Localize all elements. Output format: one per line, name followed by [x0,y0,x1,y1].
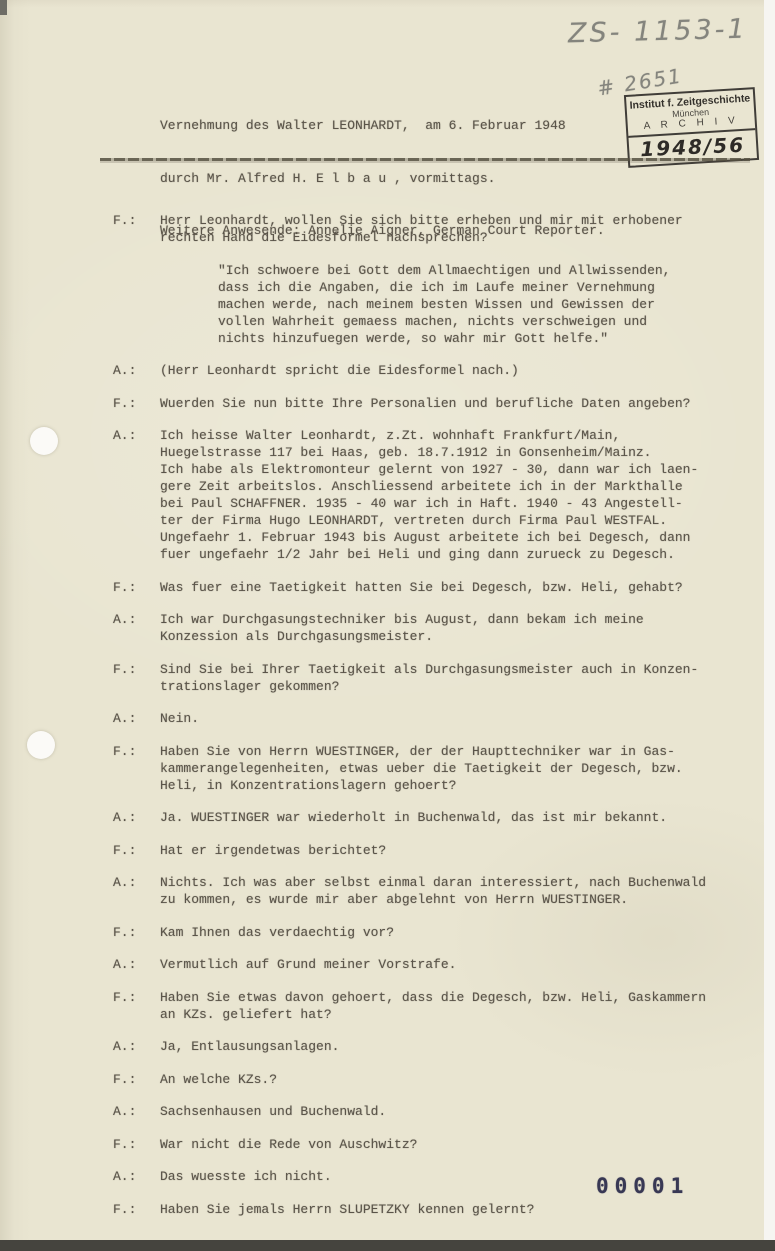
header-rule [100,158,750,161]
speaker-label: A.: [113,611,160,645]
question-block: F.:Haben Sie von Herrn WUESTINGER, der d… [113,743,721,794]
speech-text: (Herr Leonhardt spricht die Eidesformel … [160,362,519,379]
speaker-label: A.: [113,1103,160,1120]
speaker-label: A.: [113,1168,160,1185]
pencil-zs-number: ZS- 1153-1 [568,14,748,50]
transcript-blocks: F.:Herr Leonhardt, wollen Sie sich bitte… [113,212,721,1233]
answer-block: A.:Nichts. Ich was aber selbst einmal da… [113,874,721,908]
oath-quote-block: "Ich schwoere bei Gott dem Allmaechtigen… [218,262,721,347]
question-block: F.:Was fuer eine Taetigkeit hatten Sie b… [113,579,721,596]
header-line-2: durch Mr. Alfred H. E l b a u , vormitta… [160,170,605,188]
speaker-label: A.: [113,710,160,727]
question-block: F.:Herr Leonhardt, wollen Sie sich bitte… [113,212,721,246]
speaker-label: A.: [113,427,160,563]
question-block: F.:War nicht die Rede von Auschwitz? [113,1136,721,1153]
speaker-label: F.: [113,1201,160,1218]
speaker-label: F.: [113,743,160,794]
answer-block: A.:Ja. WUESTINGER war wiederholt in Buch… [113,809,721,826]
header-line-1: Vernehmung des Walter LEONHARDT, am 6. F… [160,117,605,135]
speaker-label: F.: [113,924,160,941]
question-block: F.:Hat er irgendetwas berichtet? [113,842,721,859]
answer-block: A.:Sachsenhausen und Buchenwald. [113,1103,721,1120]
speech-text: Sachsenhausen und Buchenwald. [160,1103,386,1120]
speaker-label: A.: [113,1038,160,1055]
page-number-stamp: 00001 [596,1174,689,1198]
archive-stamp: Institut f. Zeitgeschichte München A R C… [624,87,759,168]
speech-text: Herr Leonhardt, wollen Sie sich bitte er… [160,212,683,246]
speaker-label: F.: [113,1071,160,1088]
speech-text: "Ich schwoere bei Gott dem Allmaechtigen… [218,262,670,347]
scanned-document-page: ZS- 1153-1 # 2651 Institut f. Zeitgeschi… [0,0,775,1251]
speaker-label: F.: [113,395,160,412]
speech-text: Kam Ihnen das verdaechtig vor? [160,924,394,941]
speech-text: Haben Sie von Herrn WUESTINGER, der der … [160,743,683,794]
speaker-label: F.: [113,1136,160,1153]
speech-text: War nicht die Rede von Auschwitz? [160,1136,417,1153]
question-block: F.:Sind Sie bei Ihrer Taetigkeit als Dur… [113,661,721,695]
speech-text: Nein. [160,710,199,727]
answer-block: A.:Ich war Durchgasungstechniker bis Aug… [113,611,721,645]
speech-text: Sind Sie bei Ihrer Taetigkeit als Durchg… [160,661,698,695]
speech-text: Das wuesste ich nicht. [160,1168,332,1185]
punch-hole-top [30,427,58,455]
speaker-label: F.: [113,842,160,859]
speech-text: Was fuer eine Taetigkeit hatten Sie bei … [160,579,683,596]
question-block: F.:Haben Sie etwas davon gehoert, dass d… [113,989,721,1023]
speech-text: Ich war Durchgasungstechniker bis August… [160,611,644,645]
speaker-label: A.: [113,874,160,908]
speaker-label: F.: [113,989,160,1023]
answer-block: A.:Ja, Entlausungsanlagen. [113,1038,721,1055]
punch-hole-bottom [27,731,55,759]
speech-text: Ich heisse Walter Leonhardt, z.Zt. wohnh… [160,427,698,563]
question-block: F.:Haben Sie jemals Herrn SLUPETZKY kenn… [113,1201,721,1218]
answer-block: A.:(Herr Leonhardt spricht die Eidesform… [113,362,721,379]
speech-text: Wuerden Sie nun bitte Ihre Personalien u… [160,395,691,412]
answer-block: A.:Nein. [113,710,721,727]
speech-text: Ja, Entlausungsanlagen. [160,1038,339,1055]
speaker-label: F.: [113,661,160,695]
speech-text: Hat er irgendetwas berichtet? [160,842,386,859]
scan-corner-speck [0,0,7,15]
answer-block: A.:Vermutlich auf Grund meiner Vorstrafe… [113,956,721,973]
speech-text: Haben Sie jemals Herrn SLUPETZKY kennen … [160,1201,534,1218]
speaker-label: F.: [113,212,160,246]
speaker-label: F.: [113,579,160,596]
speech-text: An welche KZs.? [160,1071,277,1088]
speech-text: Nichts. Ich was aber selbst einmal daran… [160,874,706,908]
question-block: F.:Kam Ihnen das verdaechtig vor? [113,924,721,941]
speech-text: Haben Sie etwas davon gehoert, dass die … [160,989,706,1023]
scan-edge-right [764,0,775,1251]
speech-text: Ja. WUESTINGER war wiederholt in Buchenw… [160,809,667,826]
scan-edge-bottom [0,1240,775,1251]
question-block: F.:Wuerden Sie nun bitte Ihre Personalie… [113,395,721,412]
question-block: F.:An welche KZs.? [113,1071,721,1088]
speaker-label: A.: [113,956,160,973]
speech-text: Vermutlich auf Grund meiner Vorstrafe. [160,956,456,973]
speaker-label: A.: [113,362,160,379]
speaker-label: A.: [113,809,160,826]
answer-block: A.:Ich heisse Walter Leonhardt, z.Zt. wo… [113,427,721,563]
